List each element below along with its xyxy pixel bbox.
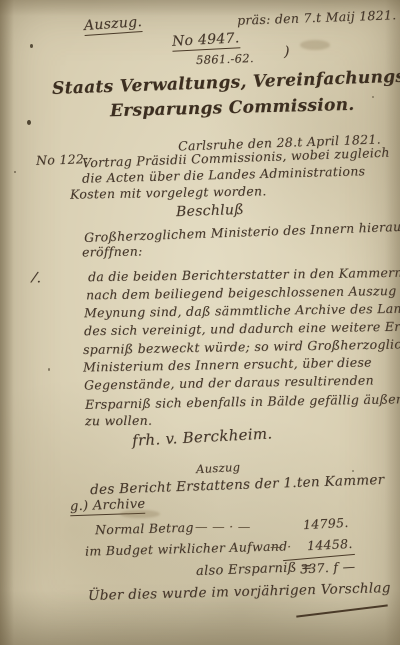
account-dashes: — — · — <box>195 519 251 534</box>
commission-title-line1: Staats Verwaltungs, Vereinfachungs und <box>52 65 400 99</box>
ink-speck <box>30 44 33 48</box>
excerpt-label: Auszug. <box>83 14 142 36</box>
account-value: 14458. <box>307 536 353 553</box>
account-value: 14795. <box>303 515 349 532</box>
closing-line: Über dies wurde im vorjährigen Vorschlag <box>88 580 391 604</box>
account-dashes: — · <box>270 539 291 554</box>
ink-speck <box>27 120 31 125</box>
decision-line: eröffnen: <box>82 243 143 259</box>
body-line: zu wollen. <box>85 412 152 431</box>
ink-speck <box>352 470 354 472</box>
sub-excerpt-subject: des Bericht Erstattens der 1.ten Kammer <box>90 472 385 498</box>
commission-title-line2: Ersparungs Commission. <box>110 95 355 121</box>
ink-speck <box>48 368 50 371</box>
decision-line: Großherzoglichem Ministerio des Innern h… <box>84 218 400 245</box>
decision-heading: Beschluß <box>176 202 244 220</box>
ink-speck <box>14 171 16 173</box>
account-label: Normal Betrag <box>95 520 194 538</box>
account-value: 337. f — <box>300 559 356 577</box>
presentation-note: präs: den 7.t Maij 1821. <box>237 7 397 28</box>
item-line: Kosten mit vorgelegt worden. <box>70 183 267 201</box>
body-line: Ersparniß sich ebenfalls in Bälde gefäll… <box>85 390 400 414</box>
sub-excerpt-heading: Auszug <box>196 460 241 476</box>
ink-speck <box>372 96 374 98</box>
paper-smudge <box>120 510 160 518</box>
paren-mark: ) <box>284 44 290 60</box>
account-label: im Budget wirklicher Aufwand <box>85 538 288 558</box>
account-label: also Ersparniß = <box>196 560 313 579</box>
document-subnumber: 5861.-62. <box>196 51 254 67</box>
paper-smudge <box>300 40 330 50</box>
signature: frh. v. Berckheim. <box>132 424 273 449</box>
margin-mark: /. <box>31 269 43 286</box>
manuscript-page: Auszug. präs: den 7.t Maij 1821. No 4947… <box>0 0 400 645</box>
document-number: No 4947. <box>172 30 240 52</box>
closing-flourish <box>296 604 388 617</box>
item-number: No 122: <box>36 151 89 168</box>
